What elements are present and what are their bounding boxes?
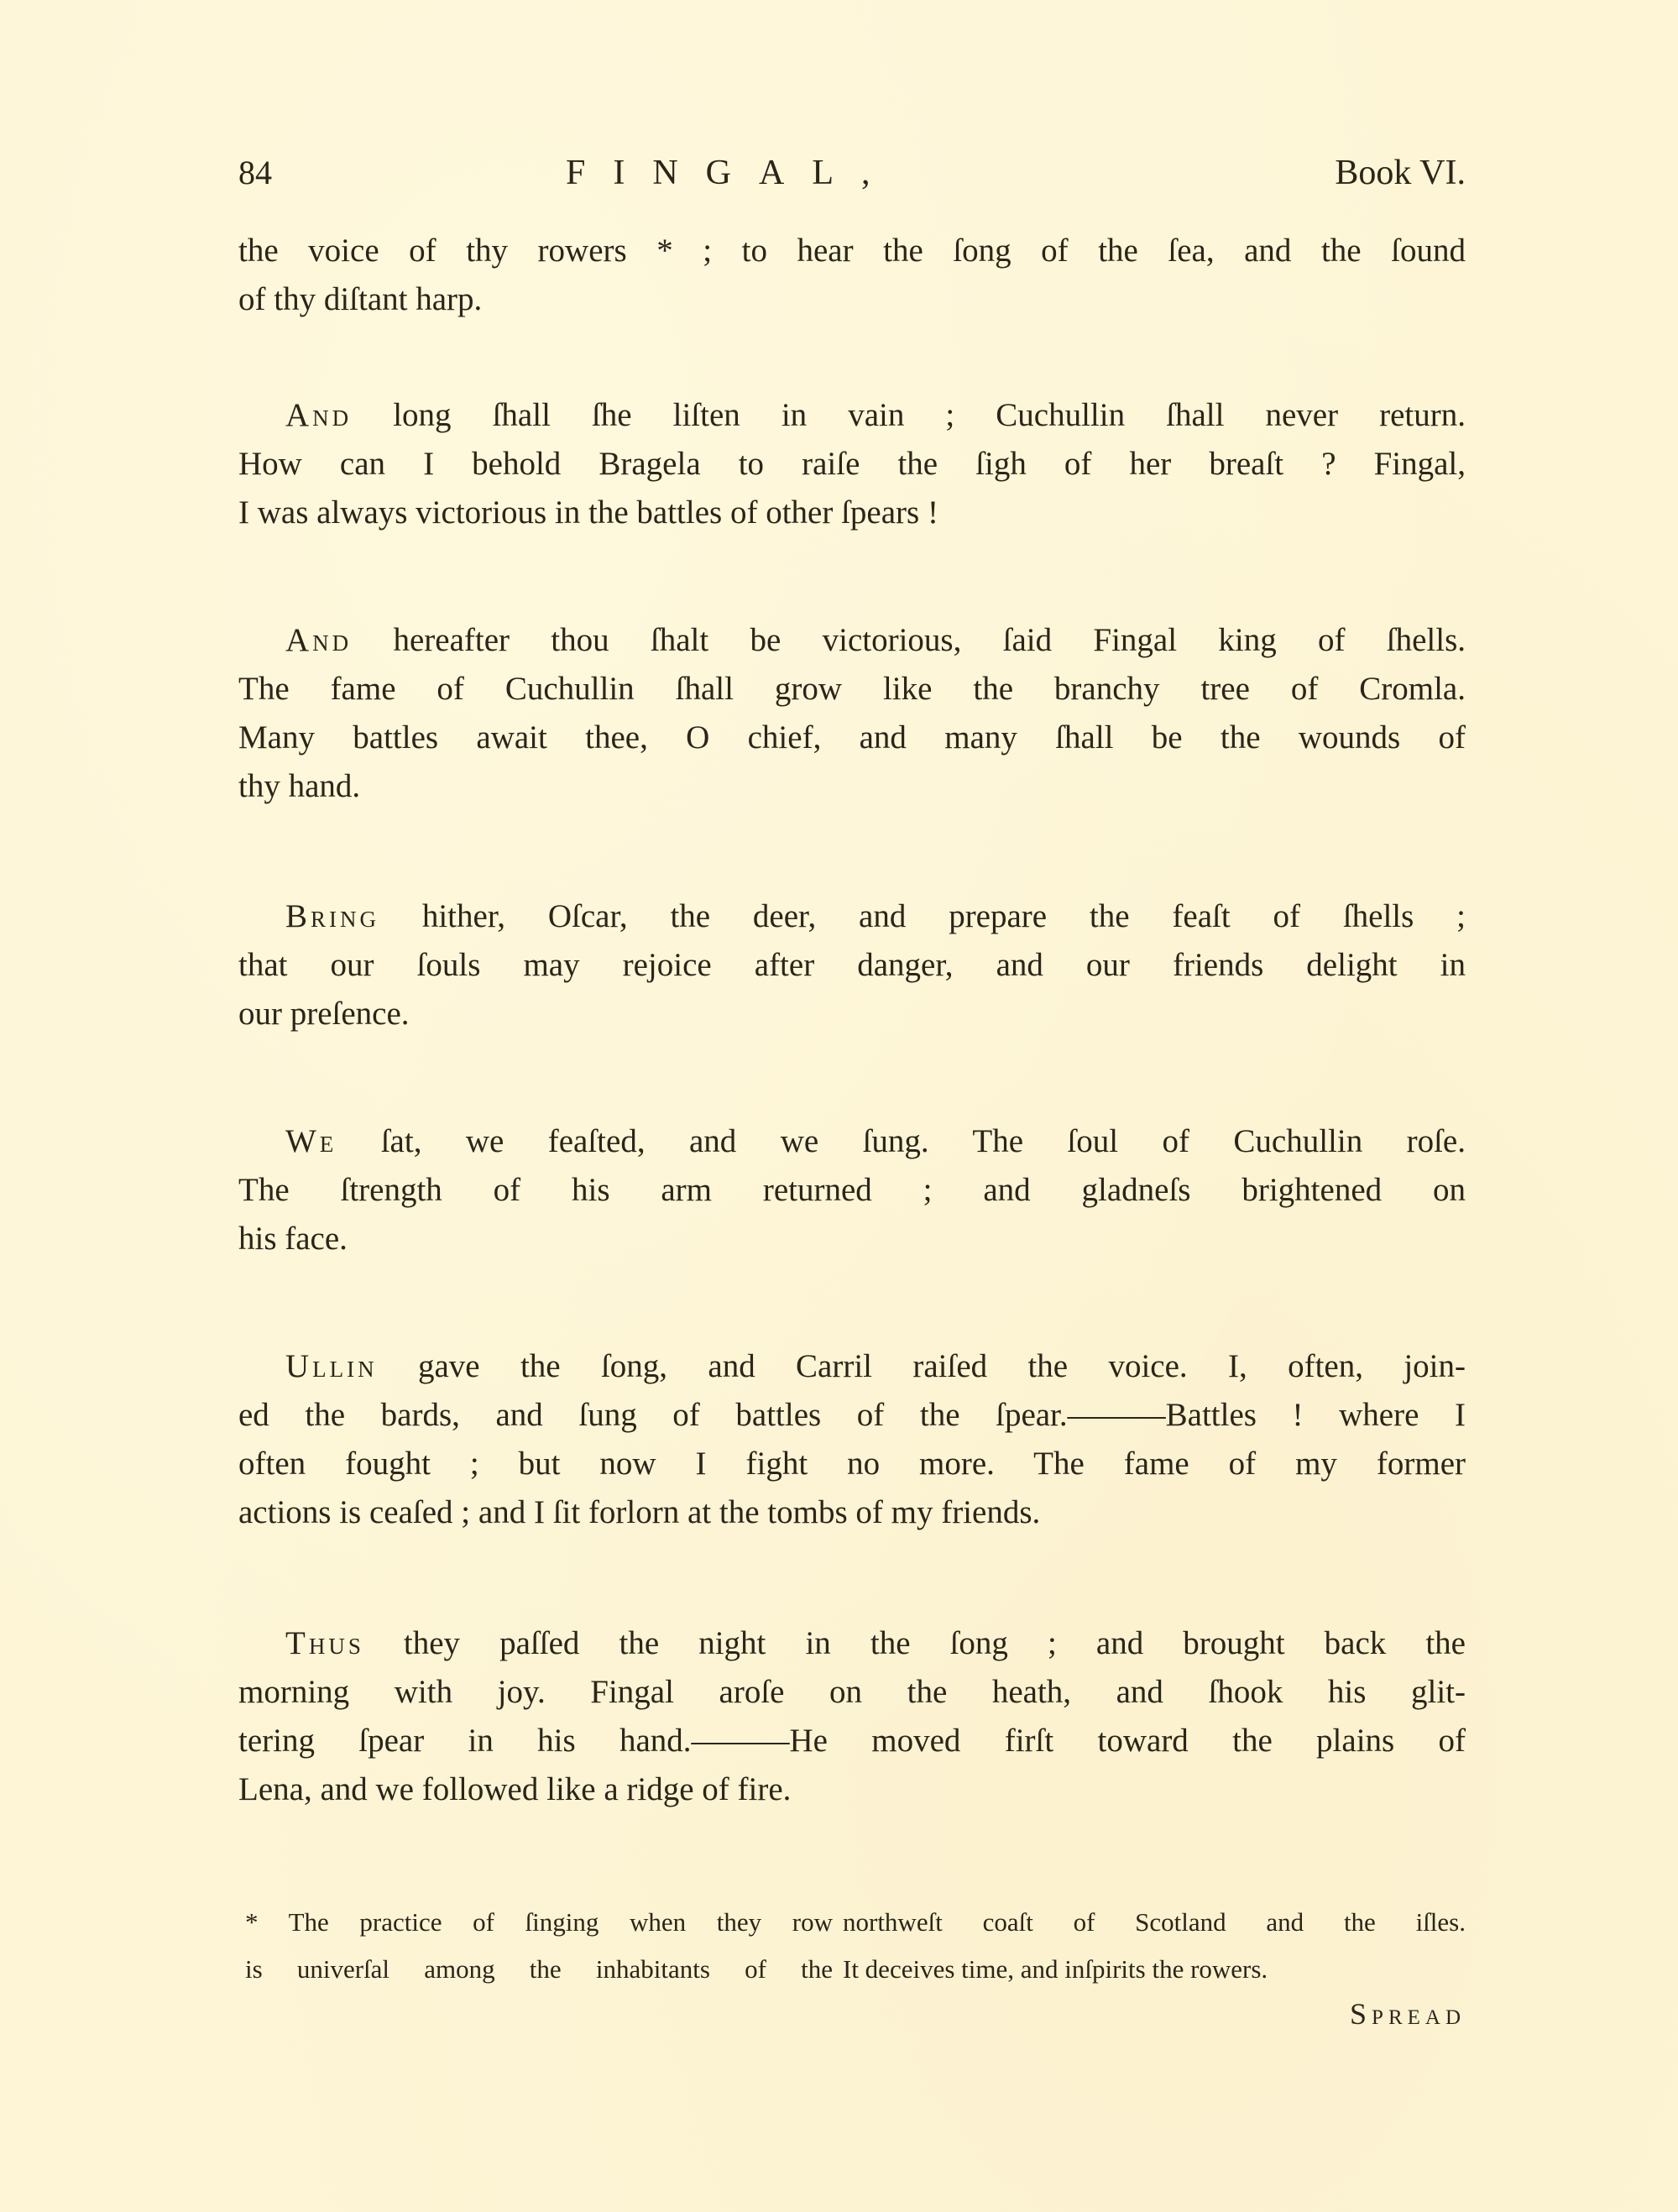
text-line: thy hand.: [238, 762, 1466, 811]
paragraph: We ſat, we feaſted, and we ſung. The ſou…: [238, 1117, 1466, 1263]
text-line: I was always victorious in the battles o…: [238, 489, 1466, 537]
text-line: Many battles await thee, O chief, and ma…: [238, 714, 1466, 762]
text-run: ſat, we feaſted, and we ſung. The ſoul o…: [337, 1123, 1466, 1159]
catchword: Spread: [1350, 1996, 1466, 2032]
footnote-right-column: northweſt coaſt of Scotland and the iſle…: [843, 1899, 1466, 1993]
paragraph-lead-word: Thus: [285, 1625, 364, 1661]
text-line: Bring hither, Oſcar, the deer, and prepa…: [238, 892, 1466, 941]
text-line: our preſence.: [238, 990, 1466, 1038]
paragraph: Bring hither, Oſcar, the deer, and prepa…: [238, 892, 1466, 1038]
paragraph-lead-word: And: [285, 622, 352, 658]
text-line: The fame of Cuchullin ſhall grow like th…: [238, 665, 1466, 714]
text-line: Lena, and we followed like a ridge of fi…: [238, 1765, 1466, 1814]
footnote-line: northweſt coaſt of Scotland and the iſle…: [843, 1899, 1466, 1946]
footnote-line: It deceives time, and inſpirits the rowe…: [843, 1946, 1466, 1993]
paragraph-lead-word: And: [285, 397, 352, 433]
text-line: The ſtrength of his arm returned ; and g…: [238, 1166, 1466, 1215]
text-line: his face.: [238, 1215, 1466, 1263]
text-line: How can I behold Bragela to raiſe the ſi…: [238, 440, 1466, 489]
text-run: long ſhall ſhe liſten in vain ; Cuchulli…: [352, 397, 1466, 433]
text-line: morning with joy. Fingal aroſe on the he…: [238, 1668, 1466, 1717]
text-line: the voice of thy rowers * ; to hear the …: [238, 227, 1466, 275]
paragraph: And long ſhall ſhe liſten in vain ; Cuch…: [238, 391, 1466, 537]
running-title: FINGAL,: [566, 149, 898, 196]
text-line: of thy diſtant harp.: [238, 275, 1466, 324]
paragraph-lead-word: Bring: [285, 898, 379, 934]
text-run: they paſſed the night in the ſong ; and …: [364, 1625, 1466, 1661]
text-line: Thus they paſſed the night in the ſong ;…: [238, 1619, 1466, 1668]
text-run: hereafter thou ſhalt be victorious, ſaid…: [352, 622, 1466, 658]
paragraph: Ullin gave the ſong, and Carril raiſed t…: [238, 1342, 1466, 1537]
text-line: often fought ; but now I fight no more. …: [238, 1440, 1466, 1488]
text-line: We ſat, we feaſted, and we ſung. The ſou…: [238, 1117, 1466, 1166]
paragraph: Thus they paſſed the night in the ſong ;…: [238, 1619, 1466, 1814]
footnote-line: is univerſal among the inhabitants of th…: [245, 1946, 833, 1993]
paragraph: And hereafter thou ſhalt be victorious, …: [238, 616, 1466, 811]
text-line: tering ſpear in his hand.———He moved fir…: [238, 1717, 1466, 1765]
page-number: 84: [238, 149, 272, 196]
text-line: actions is ceaſed ; and I ſit forlorn at…: [238, 1488, 1466, 1537]
text-line: ed the bards, and ſung of battles of the…: [238, 1391, 1466, 1440]
running-head: 84 FINGAL, Book VI.: [238, 149, 1466, 196]
text-line: And hereafter thou ſhalt be victorious, …: [238, 616, 1466, 665]
book-label: Book VI.: [1335, 149, 1466, 196]
text-line: And long ſhall ſhe liſten in vain ; Cuch…: [238, 391, 1466, 440]
text-line: that our ſouls may rejoice after danger,…: [238, 941, 1466, 990]
footnote-line: * The practice of ſinging when they row: [245, 1899, 833, 1946]
paragraph-lead-word: Ullin: [285, 1348, 378, 1384]
text-line: Ullin gave the ſong, and Carril raiſed t…: [238, 1342, 1466, 1391]
text-run: gave the ſong, and Carril raiſed the voi…: [378, 1348, 1466, 1384]
paragraph: the voice of thy rowers * ; to hear the …: [238, 227, 1466, 324]
paragraph-lead-word: We: [285, 1123, 337, 1159]
text-run: hither, Oſcar, the deer, and prepare the…: [379, 898, 1466, 934]
footnote-left-column: * The practice of ſinging when they row …: [245, 1899, 833, 1993]
